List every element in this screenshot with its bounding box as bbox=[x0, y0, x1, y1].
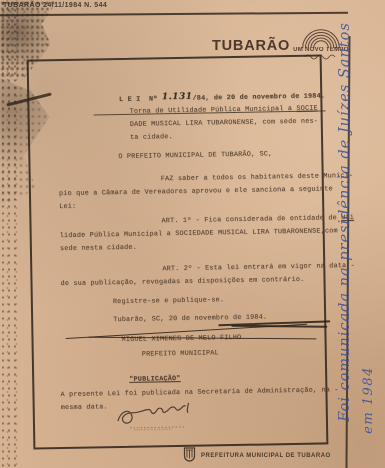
article-1-line-1: ART. 1º - Fica considerada de entidade d… bbox=[161, 214, 354, 225]
law-number-handwritten: 1.131 bbox=[162, 92, 193, 103]
top-rule-line bbox=[0, 12, 348, 16]
publication-line-2: mesma data. bbox=[61, 403, 108, 412]
archive-stamp-text: TUBARÃO 24/11/1984 N. 544 bbox=[3, 2, 107, 9]
publication-line-1: A presente Lei foi publicada na Secretar… bbox=[60, 386, 338, 399]
margin-note-handwritten: Foi comunicada na presidência de Juízes … bbox=[337, 7, 353, 437]
publication-heading: "PUBLICAÇÃO" bbox=[129, 375, 180, 384]
enactment-line-1: FAZ saber a todos os habitantes deste Mu… bbox=[161, 172, 354, 183]
margin-note-year: em 1984 bbox=[361, 360, 375, 440]
ementa-line-1-underlined: SOCIE bbox=[296, 105, 318, 113]
municipal-crest-icon bbox=[183, 447, 196, 462]
mayor-title: PREFEITO MUNICIPAL bbox=[142, 349, 219, 358]
document-border-box: L E I Nº 1.131/84, de 20 de novembro de … bbox=[27, 54, 329, 449]
article-1-line-1-text: ART. 1º - Fica considerada de entidade d… bbox=[161, 214, 341, 225]
enactment-line-2: pio que a Câmara de Vereadores aprovou e… bbox=[59, 185, 333, 198]
mayor-name: MIGUEL XIMENES DE MELO FILHO bbox=[121, 334, 241, 344]
article-1-line-2: lidade Pública Municipal a SOCIEDADE MUS… bbox=[60, 227, 338, 240]
law-title-suffix: /84, de 20 de novembro de 1984. bbox=[192, 92, 325, 102]
enactment-line-3: Lei: bbox=[59, 203, 76, 211]
logo-city-name: TUBARÃO bbox=[212, 38, 290, 54]
preamble-line: O PREFEITO MUNICIPAL DE TUBARÃO, SC, bbox=[118, 150, 272, 161]
law-title-prefix: L E I Nº bbox=[119, 95, 162, 104]
article-1-line-3: sede nesta cidade. bbox=[60, 244, 137, 253]
article-2-line-2: de sua publicação, revogadas as disposiç… bbox=[60, 276, 304, 288]
ementa-line-3: ta cidade. bbox=[130, 133, 173, 142]
ementa-line-1-text: Torna de Utilidade Pública Municipal a bbox=[129, 105, 296, 116]
footer-text: PREFEITURA MUNICIPAL DE TUBARÃO bbox=[201, 453, 331, 459]
scanned-law-document: TUBARÃO 24/11/1984 N. 544 TUBARÃO UM NOV… bbox=[0, 0, 385, 468]
article-2-line-1: ART. 2º - Esta lei entrará em vigor na d… bbox=[162, 262, 355, 273]
secretary-signature bbox=[110, 402, 240, 432]
ementa-line-2: DADE MUSICAL LIRA TUBARONENSE, com sede … bbox=[130, 118, 318, 129]
footer: PREFEITURA MUNICIPAL DE TUBARÃO bbox=[183, 447, 331, 462]
register-publish-line: Registre-se e publique-se. bbox=[113, 296, 224, 306]
